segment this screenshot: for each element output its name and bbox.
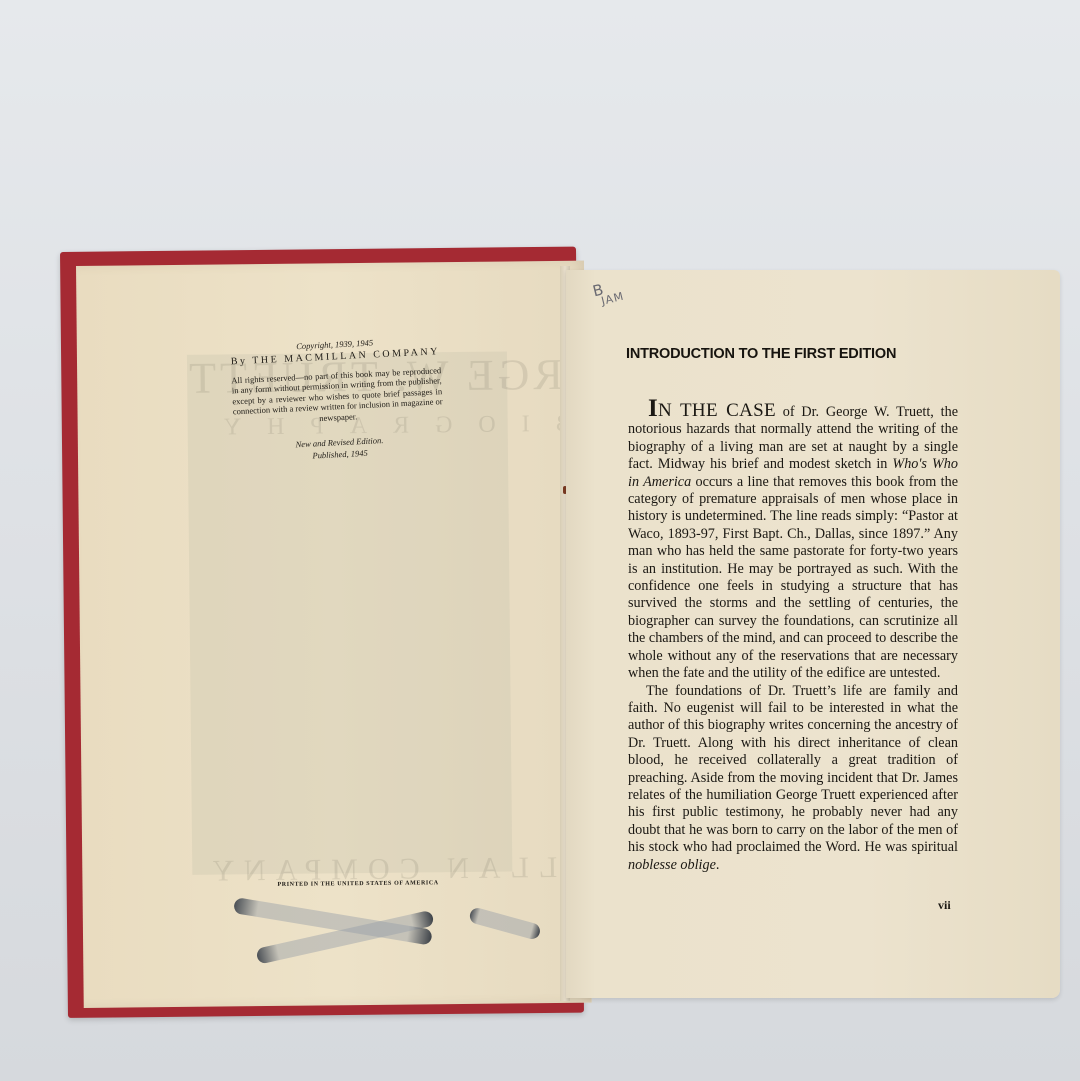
introduction-body: IN THE CASE of Dr. George W. Truett, the… bbox=[628, 400, 958, 874]
copyright-page: GEORGE W. TRUETT A BIOGRAPHY THE MACMILL… bbox=[76, 261, 592, 1008]
chapter-title: INTRODUCTION TO THE FIRST EDITION bbox=[626, 346, 896, 362]
copyright-notice: Copyright, 1939, 1945 By THE MACMILLAN C… bbox=[230, 334, 446, 465]
photo-scene: GEORGE W. TRUETT A BIOGRAPHY THE MACMILL… bbox=[0, 0, 1080, 1081]
rights-reserved-text: All rights reserved—no part of this book… bbox=[231, 365, 443, 427]
lead-in: IN THE CASE bbox=[648, 400, 776, 421]
italic-phrase: noblesse oblige bbox=[628, 857, 716, 873]
page-number: vii bbox=[938, 898, 951, 913]
introduction-page: B JAM INTRODUCTION TO THE FIRST EDITION … bbox=[566, 270, 1060, 998]
marker-stroke-3 bbox=[468, 906, 542, 941]
paragraph-1: IN THE CASE of Dr. George W. Truett, the… bbox=[628, 400, 958, 683]
printed-in-usa: PRINTED IN THE UNITED STATES OF AMERICA bbox=[277, 880, 438, 888]
handwritten-initials: B JAM bbox=[592, 279, 626, 309]
paragraph-2: The foundations of Dr. Truett’s life are… bbox=[628, 683, 958, 874]
